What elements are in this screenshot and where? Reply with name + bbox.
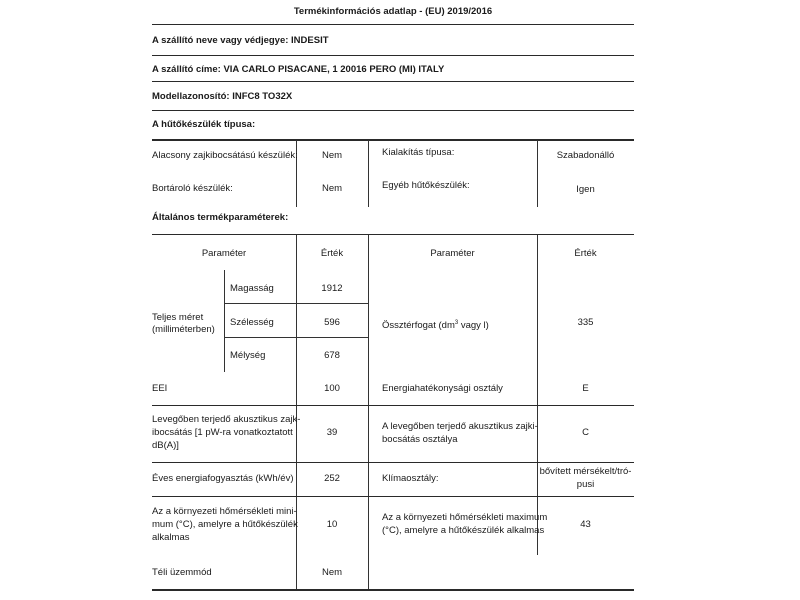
divider xyxy=(152,110,634,111)
divider xyxy=(152,589,634,591)
width-label: Szélesség xyxy=(230,317,274,329)
tmax-label: (°C), amelyre a hűtőkészülék alkalmas xyxy=(382,525,544,537)
divider xyxy=(152,24,634,25)
height-label: Magasság xyxy=(230,283,274,295)
column-border xyxy=(368,140,369,207)
header-value2: Érték xyxy=(537,248,634,260)
document-title: Termékinformációs adatlap - (EU) 2019/20… xyxy=(152,6,634,18)
tmin-label: mum (°C), amelyre a hűtőkészülék xyxy=(152,519,298,531)
type-label: Alacsony zajkibocsátású készülék: xyxy=(152,150,298,162)
type-label: Bortároló készülék: xyxy=(152,183,233,195)
dimensions-label: Teljes méret xyxy=(152,312,203,324)
winter-mode-label: Téli üzemmód xyxy=(152,567,212,579)
dimensions-label-unit: (milliméterben) xyxy=(152,324,215,336)
annual-energy-label: Éves energiafogyasztás (kWh/év) xyxy=(152,473,294,485)
tmax-label: Az a környezeti hőmérsékleti maximum xyxy=(382,512,547,524)
divider xyxy=(152,234,634,235)
model-id: Modellazonosító: INFC8 TO32X xyxy=(152,91,292,103)
column-border xyxy=(224,270,225,372)
type-label2: Egyéb hűtőkészülék: xyxy=(382,180,470,192)
column-border xyxy=(537,235,538,555)
header-value: Érték xyxy=(296,248,368,260)
eei-value: 100 xyxy=(296,383,368,395)
row-divider xyxy=(224,337,368,338)
volume-label: Össztérfogat (dm3 vagy l) xyxy=(382,317,489,332)
energy-class-value: E xyxy=(537,383,634,395)
noise-label: ibocsátás [1 pW-ra vonatkoztatott xyxy=(152,427,293,439)
winter-mode-value: Nem xyxy=(296,567,368,579)
noise-label: Levegőben terjedő akusztikus zajk- xyxy=(152,414,300,426)
header-param2: Paraméter xyxy=(368,248,537,260)
climate-label: Klímaosztály: xyxy=(382,473,439,485)
noise-class-label: A levegőben terjedő akusztikus zajki- xyxy=(382,421,538,433)
header-param: Paraméter xyxy=(152,248,296,260)
type-value: Nem xyxy=(296,150,368,162)
width-value: 596 xyxy=(296,317,368,329)
noise-value: 39 xyxy=(296,427,368,439)
tmin-label: alkalmas xyxy=(152,532,190,544)
tmax-value: 43 xyxy=(537,519,634,531)
tmin-label: Az a környezeti hőmérsékleti mini- xyxy=(152,506,297,518)
supplier-name: A szállító neve vagy védjegye: INDESIT xyxy=(152,35,329,47)
row-divider xyxy=(224,303,368,304)
climate-value: bővített mérsékelt/tró- xyxy=(537,466,634,478)
noise-label: dB(A)] xyxy=(152,440,179,452)
type-heading: A hűtőkészülék típusa: xyxy=(152,119,255,131)
volume-value: 335 xyxy=(537,317,634,329)
type-label2: Kialakítás típusa: xyxy=(382,147,454,159)
noise-class-label: bocsátás osztálya xyxy=(382,434,458,446)
type-value2: Igen xyxy=(537,184,634,196)
general-heading: Általános termékparaméterek: xyxy=(152,212,288,224)
energy-class-label: Energiahatékonysági osztály xyxy=(382,383,503,395)
divider xyxy=(152,139,634,141)
type-value: Nem xyxy=(296,183,368,195)
climate-value: pusi xyxy=(537,479,634,491)
annual-energy-value: 252 xyxy=(296,473,368,485)
height-value: 1912 xyxy=(296,283,368,295)
supplier-address: A szállító címe: VIA CARLO PISACANE, 1 2… xyxy=(152,64,444,76)
noise-class-value: C xyxy=(537,427,634,439)
divider xyxy=(152,81,634,82)
type-value2: Szabadonálló xyxy=(537,150,634,162)
divider xyxy=(152,405,634,406)
divider xyxy=(152,55,634,56)
divider xyxy=(152,496,634,497)
tmin-value: 10 xyxy=(296,519,368,531)
column-border xyxy=(368,235,369,590)
eei-label: EEI xyxy=(152,383,167,395)
divider xyxy=(152,462,634,463)
depth-label: Mélység xyxy=(230,350,265,362)
depth-value: 678 xyxy=(296,350,368,362)
